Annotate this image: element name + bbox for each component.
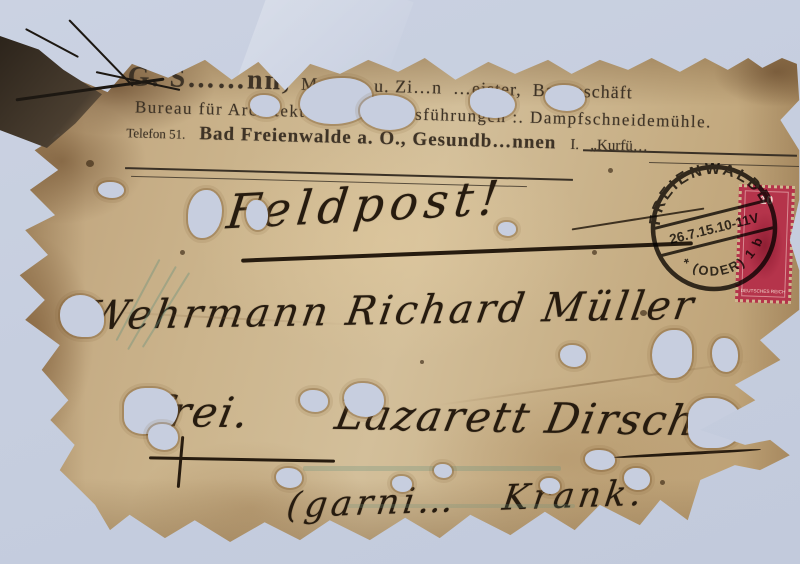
burn-hole xyxy=(276,468,302,488)
singe-spot xyxy=(86,160,94,167)
letterhead: G. S……nn, Maur… u. Zi…n …eister, Baugesc… xyxy=(126,61,798,161)
burn-hole xyxy=(250,95,280,117)
burn-hole xyxy=(246,200,268,230)
burn-hole xyxy=(188,190,222,238)
burn-hole xyxy=(60,295,104,337)
burn-hole xyxy=(148,424,178,450)
burn-hole xyxy=(98,182,124,198)
burn-hole xyxy=(560,345,586,367)
singe-spot xyxy=(608,168,613,173)
burn-hole xyxy=(300,390,328,412)
burn-hole xyxy=(624,468,650,490)
burn-hole xyxy=(545,85,585,111)
letterhead-suffix: I. „Kurfü… xyxy=(570,137,648,156)
burn-hole xyxy=(712,338,738,372)
burn-hole xyxy=(652,330,692,378)
burn-hole xyxy=(344,383,384,417)
handwritten-note: (garni… Krank. xyxy=(284,474,648,527)
burn-hole xyxy=(392,476,412,492)
singe-spot xyxy=(592,250,597,255)
burn-hole xyxy=(585,450,615,470)
photo-scene: G. S……nn, Maur… u. Zi…n …eister, Baugesc… xyxy=(0,0,800,564)
pencil-smudge xyxy=(303,466,561,471)
singe-spot xyxy=(660,480,665,485)
frei-cross-stroke xyxy=(177,436,185,488)
burn-hole xyxy=(540,478,560,494)
singe-spot xyxy=(420,360,424,364)
handwritten-destination: frei. Lazarett Dirschau xyxy=(153,387,755,446)
singe-spot xyxy=(640,310,647,316)
pencil-smudge xyxy=(347,504,575,508)
dirschau-dash xyxy=(613,448,761,459)
frei-underline xyxy=(149,456,335,462)
burn-hole xyxy=(434,464,452,478)
feldpost-underline xyxy=(241,241,693,262)
burn-hole xyxy=(498,222,516,236)
letterhead-telefon: Telefon 51. xyxy=(126,125,185,143)
singe-spot xyxy=(180,250,185,255)
handwritten-feldpost: Feldpost! xyxy=(224,171,508,241)
burn-hole xyxy=(688,398,742,448)
torn-envelope: G. S……nn, Maur… u. Zi…n …eister, Baugesc… xyxy=(15,52,800,548)
